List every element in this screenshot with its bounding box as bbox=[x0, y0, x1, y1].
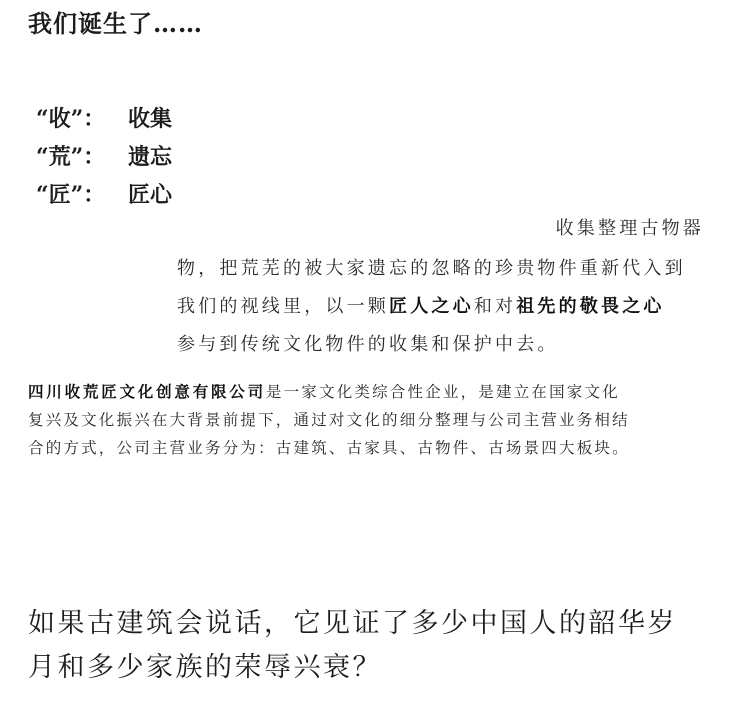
intro-emphasis-craftsman-heart: 匠人之心 bbox=[389, 296, 474, 317]
intro-paragraph: 物，把荒芜的被大家遗忘的忽略的珍贵物件重新代入到 我们的视线里，以一颗匠人之心和… bbox=[177, 250, 686, 364]
company-line-1: 四川收荒匠文化创意有限公司是一家文化类综合性企业，是建立在国家文化 bbox=[28, 378, 630, 406]
definition-row-shou: “收”： 收集 bbox=[36, 100, 172, 138]
definition-value: 匠心 bbox=[128, 177, 172, 213]
definition-row-jiang: “匠”： 匠心 bbox=[36, 176, 172, 214]
intro-line-2: 物，把荒芜的被大家遗忘的忽略的珍贵物件重新代入到 bbox=[177, 250, 686, 288]
company-paragraph: 四川收荒匠文化创意有限公司是一家文化类综合性企业，是建立在国家文化 复兴及文化振… bbox=[28, 378, 630, 462]
definition-term: “荒”： bbox=[36, 139, 128, 175]
company-line-3: 合的方式，公司主营业务分为：古建筑、古家具、古物件、古场景四大板块。 bbox=[28, 434, 630, 462]
company-name: 四川收荒匠文化创意有限公司 bbox=[28, 383, 266, 401]
heading2-line-1: 如果古建筑会说话，它见证了多少中国人的韶华岁 bbox=[28, 602, 677, 646]
intro-line-1: 收集整理古物器 bbox=[556, 214, 704, 244]
intro-text: 和对 bbox=[474, 296, 516, 317]
company-text: 是一家文化类综合性企业，是建立在国家文化 bbox=[266, 383, 620, 401]
intro-line-3: 我们的视线里，以一颗匠人之心和对祖先的敬畏之心 bbox=[177, 288, 686, 326]
definition-term: “收”： bbox=[36, 101, 128, 137]
section-title-born: 我们诞生了…… bbox=[28, 8, 203, 40]
definition-value: 收集 bbox=[128, 101, 172, 137]
intro-emphasis-ancestor-reverence: 祖先的敬畏之心 bbox=[516, 296, 664, 317]
intro-text: 我们的视线里，以一颗 bbox=[177, 296, 389, 317]
heading2-line-2: 月和多少家族的荣辱兴衰？ bbox=[28, 646, 677, 690]
definition-value: 遗忘 bbox=[128, 139, 172, 175]
section-title-ancient-architecture: 如果古建筑会说话，它见证了多少中国人的韶华岁 月和多少家族的荣辱兴衰？ bbox=[28, 602, 677, 690]
definition-row-huang: “荒”： 遗忘 bbox=[36, 138, 172, 176]
intro-line-4: 参与到传统文化物件的收集和保护中去。 bbox=[177, 326, 686, 364]
company-line-2: 复兴及文化振兴在大背景前提下，通过对文化的细分整理与公司主营业务相结 bbox=[28, 406, 630, 434]
definition-term: “匠”： bbox=[36, 177, 128, 213]
name-definitions: “收”： 收集 “荒”： 遗忘 “匠”： 匠心 bbox=[36, 100, 172, 214]
